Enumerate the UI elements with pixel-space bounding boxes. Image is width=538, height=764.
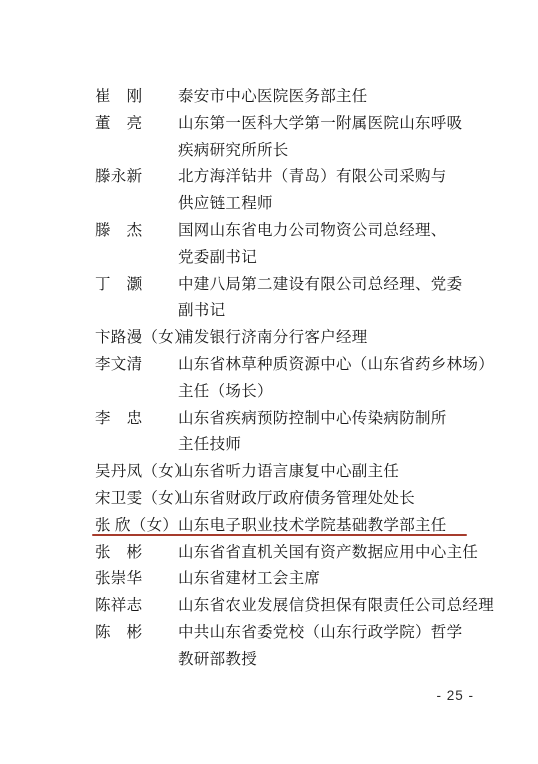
- person-title: 山东第一医科大学第一附属医院山东呼吸 疾病研究所所长: [178, 111, 462, 165]
- scanned-document-page: 崔 刚 泰安市中心医院医务部主任 董 亮 山东第一医科大学第一附属医院山东呼吸 …: [0, 0, 538, 764]
- person-title: 中建八局第二建设有限公司总经理、党委 副书记: [178, 272, 462, 326]
- roster-entry: 滕永新 北方海洋钻井（青岛）有限公司采购与 供应链工程师: [95, 164, 495, 218]
- person-name: 陈祥志: [95, 593, 178, 620]
- roster-entry: 李 忠 山东省疾病预防控制中心传染病防制所 主任技师: [95, 406, 495, 460]
- roster-entry: 宋卫雯（女） 山东省财政厅政府债务管理处处长: [95, 486, 495, 513]
- roster-entry: 李文清 山东省林草种质资源中心（山东省药乡林场） 主任（场长）: [95, 352, 495, 406]
- roster-entry: 滕 杰 国网山东省电力公司物资公司总经理、 党委副书记: [95, 218, 495, 272]
- person-name: 吴丹凤（女）: [95, 459, 178, 486]
- person-name: 董 亮: [95, 111, 178, 138]
- person-title: 山东省建材工会主席: [178, 566, 320, 593]
- person-title: 泰安市中心医院医务部主任: [178, 84, 368, 111]
- person-name: 卞路漫（女）: [95, 325, 178, 352]
- roster-entry: 崔 刚 泰安市中心医院医务部主任: [95, 84, 495, 111]
- person-name: 李文清: [95, 352, 178, 379]
- roster-entry: 陈 彬 中共山东省委党校（山东行政学院）哲学 教研部教授: [95, 620, 495, 674]
- page-number: - 25 -: [436, 688, 474, 703]
- person-title: 中共山东省委党校（山东行政学院）哲学 教研部教授: [178, 620, 462, 674]
- person-title: 山东省省直机关国有资产数据应用中心主任: [178, 540, 478, 567]
- person-title: 山东省疾病预防控制中心传染病防制所 主任技师: [178, 406, 447, 460]
- roster-entry: 张 欣（女） 山东电子职业技术学院基础教学部主任: [95, 513, 495, 540]
- roster-entry: 丁 灏 中建八局第二建设有限公司总经理、党委 副书记: [95, 272, 495, 326]
- person-title: 国网山东省电力公司物资公司总经理、 党委副书记: [178, 218, 447, 272]
- person-name: 宋卫雯（女）: [95, 486, 178, 513]
- roster-entry: 陈祥志 山东省农业发展信贷担保有限责任公司总经理: [95, 593, 495, 620]
- person-name: 崔 刚: [95, 84, 178, 111]
- person-title: 山东省听力语言康复中心副主任: [178, 459, 399, 486]
- person-name: 张 彬: [95, 540, 178, 567]
- person-title: 山东省财政厅政府债务管理处处长: [178, 486, 415, 513]
- roster-entry: 吴丹凤（女） 山东省听力语言康复中心副主任: [95, 459, 495, 486]
- person-name: 陈 彬: [95, 620, 178, 647]
- person-title: 山东省林草种质资源中心（山东省药乡林场） 主任（场长）: [178, 352, 494, 406]
- person-name: 张崇华: [95, 566, 178, 593]
- person-title: 山东省农业发展信贷担保有限责任公司总经理: [178, 593, 494, 620]
- person-name: 丁 灏: [95, 272, 178, 299]
- person-title: 北方海洋钻井（青岛）有限公司采购与 供应链工程师: [178, 164, 447, 218]
- person-title: 浦发银行济南分行客户经理: [178, 325, 368, 352]
- person-name: 李 忠: [95, 406, 178, 433]
- roster-entry: 卞路漫（女） 浦发银行济南分行客户经理: [95, 325, 495, 352]
- person-name: 滕 杰: [95, 218, 178, 245]
- red-underline: [92, 534, 467, 536]
- person-name: 滕永新: [95, 164, 178, 191]
- roster-list: 崔 刚 泰安市中心医院医务部主任 董 亮 山东第一医科大学第一附属医院山东呼吸 …: [95, 84, 495, 674]
- roster-entry: 董 亮 山东第一医科大学第一附属医院山东呼吸 疾病研究所所长: [95, 111, 495, 165]
- roster-entry: 张 彬 山东省省直机关国有资产数据应用中心主任: [95, 540, 495, 567]
- roster-entry: 张崇华 山东省建材工会主席: [95, 566, 495, 593]
